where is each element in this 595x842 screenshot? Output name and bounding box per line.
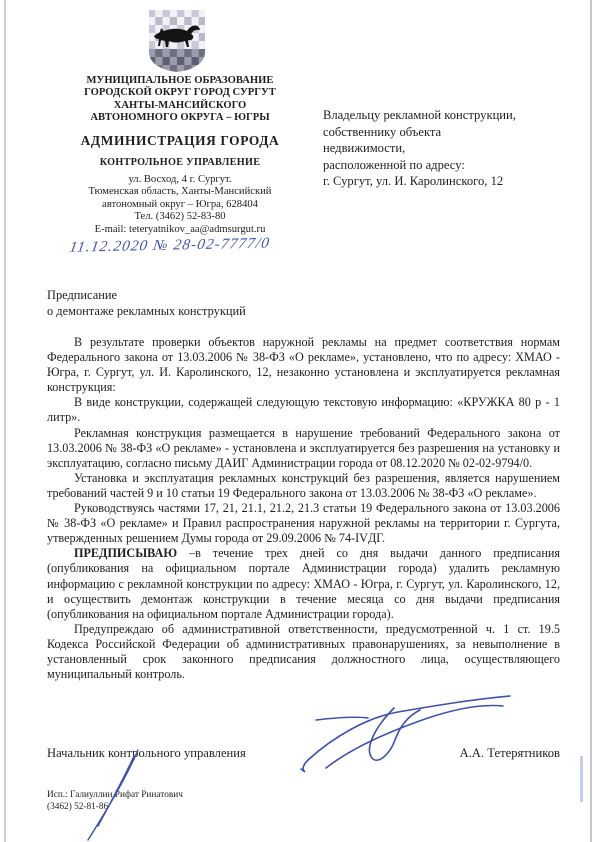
contact-address-line: автономный округ – Югра, 628404 bbox=[36, 199, 324, 212]
municipality-line: МУНИЦИПАЛЬНОЕ ОБРАЗОВАНИЕ bbox=[36, 75, 324, 87]
addressee-line: Владельцу рекламной конструкции, bbox=[323, 107, 573, 124]
addressee-line: собственнику объекта bbox=[323, 124, 573, 141]
scan-edge-line-left bbox=[4, 0, 6, 842]
paragraph-legal-basis: Руководствуясь частями 17, 21, 21.1, 21.… bbox=[47, 501, 560, 546]
document-body: В результате проверки объектов наружной … bbox=[47, 335, 560, 682]
surgut-coat-of-arms-icon bbox=[148, 9, 206, 73]
handwritten-date-number: 11.12.2020 № 28-02-7777/0 bbox=[68, 234, 332, 256]
scanned-document-page: МУНИЦИПАЛЬНОЕ ОБРАЗОВАНИЕ ГОРОДСКОЙ ОКРУ… bbox=[0, 0, 595, 842]
addressee-block: Владельцу рекламной конструкции, собстве… bbox=[323, 107, 573, 190]
order-label: ПРЕДПИСЫВАЮ bbox=[74, 546, 177, 560]
addressee-address: г. Сургут, ул. И. Каролинского, 12 bbox=[323, 173, 573, 190]
municipality-line: ГОРОДСКОЙ ОКРУГ ГОРОД СУРГУТ bbox=[36, 87, 324, 99]
paragraph-law-reference: Установка и эксплуатация рекламных конст… bbox=[47, 471, 560, 501]
document-title-line2: о демонтаже рекламных конструкций bbox=[47, 303, 447, 319]
contact-address-line: Тюменская область, Ханты-Мансийский bbox=[36, 186, 324, 199]
addressee-line: недвижимости, bbox=[323, 140, 573, 157]
municipality-line: АВТОНОМНОГО ОКРУГА – ЮГРЫ bbox=[36, 112, 324, 124]
paragraph-warning: Предупреждаю об административной ответст… bbox=[47, 622, 560, 682]
municipality-line: ХАНТЫ-МАНСИЙСКОГО bbox=[36, 100, 324, 112]
contact-phone: Тел. (3462) 52-83-80 bbox=[36, 211, 324, 224]
scan-edge-line-right bbox=[590, 0, 592, 842]
administration-title: АДМИНИСТРАЦИЯ ГОРОДА bbox=[36, 133, 324, 149]
pen-stroke-through-footer bbox=[82, 748, 142, 842]
scan-artifact-blue-mark bbox=[580, 756, 583, 802]
addressee-line: расположенной по адресу: bbox=[323, 157, 573, 174]
paragraph-inspection-result: В результате проверки объектов наружной … bbox=[47, 335, 560, 395]
contact-address-line: ул. Восход, 4 г. Сургут. bbox=[36, 174, 324, 187]
pen-signature-scrawl bbox=[298, 692, 523, 777]
paragraph-violation: Рекламная конструкция размещается в нару… bbox=[47, 426, 560, 471]
paragraph-order: ПРЕДПИСЫВАЮ –в течение трех дней со дня … bbox=[47, 546, 560, 621]
org-header-block: МУНИЦИПАЛЬНОЕ ОБРАЗОВАНИЕ ГОРОДСКОЙ ОКРУ… bbox=[36, 75, 324, 237]
document-title: Предписание о демонтаже рекламных констр… bbox=[47, 287, 447, 320]
paragraph-construction-description: В виде конструкции, содержащей следующую… bbox=[47, 395, 560, 425]
document-title-line1: Предписание bbox=[47, 287, 447, 303]
signer-post: Начальник контрольного управления bbox=[47, 746, 246, 761]
department-title: КОНТРОЛЬНОЕ УПРАВЛЕНИЕ bbox=[36, 157, 324, 168]
